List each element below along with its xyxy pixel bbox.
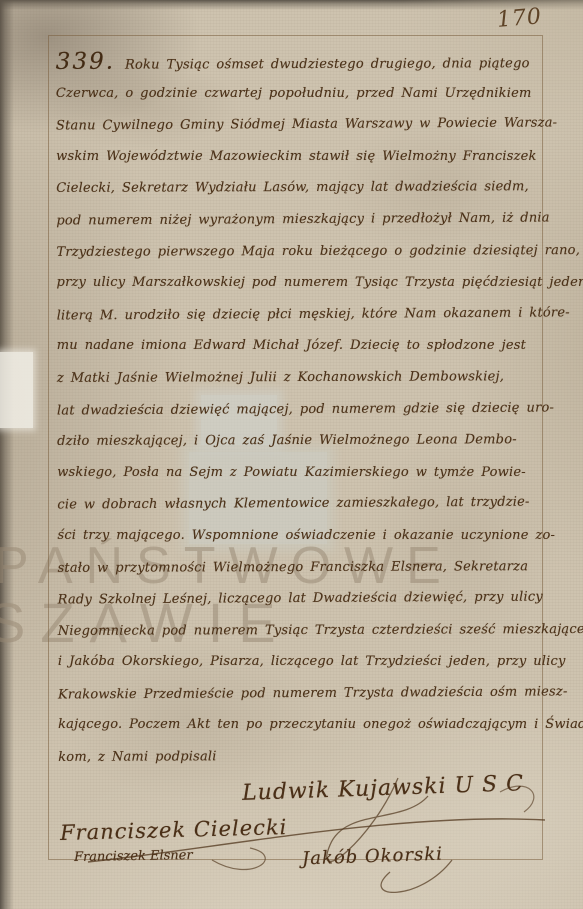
- witness1-signature: Franciszek Elsner: [74, 848, 193, 865]
- manuscript-line: Rady Szkolnej Leśnej, liczącego lat Dwad…: [58, 582, 542, 617]
- manuscript-line: stało w przytomności Wielmożnego Francis…: [57, 551, 541, 584]
- manuscript-line: wskim Województwie Mazowieckim stawił si…: [56, 141, 540, 173]
- scan-glare-patch: [0, 352, 33, 428]
- manuscript-line: cie w dobrach własnych Klementowice zami…: [57, 487, 541, 522]
- manuscript-line: i Jakóba Okorskiego, Pisarza, liczącego …: [58, 646, 542, 678]
- manuscript-line: mu nadane imiona Edward Michał Józef. Dz…: [57, 330, 541, 362]
- manuscript-line: ści trzy mającego. Wspomnione oświadczen…: [57, 520, 541, 552]
- manuscript-line: literą M. urodziło się dziecię płci męsk…: [57, 297, 541, 332]
- manuscript-line: Stanu Cywilnego Gminy Siódmej Miasta War…: [56, 108, 540, 143]
- manuscript-text-block: 339.Roku Tysiąc ośmset dwudziestego drug…: [56, 45, 543, 773]
- manuscript-line: kom, z Nami podpisali: [58, 740, 542, 773]
- manuscript-line: Cielecki, Sekretarz Wydziału Lasów, mają…: [56, 172, 540, 205]
- manuscript-line: Niegomniecka pod numerem Tysiąc Trzysta …: [58, 614, 542, 647]
- witness2-signature: Jakób Okorski: [302, 844, 444, 870]
- manuscript-line: kającego. Poczem Akt ten po przeczytaniu…: [58, 709, 542, 741]
- registrar-signature: Ludwik Kujawski U S C: [242, 771, 525, 806]
- manuscript-line: wskiego, Posła na Sejm z Powiatu Kazimie…: [57, 457, 541, 489]
- manuscript-line: Czerwca, o godzinie czwartej popołudniu,…: [56, 78, 540, 110]
- manuscript-line: dziło mieszkającej, i Ojca zaś Jaśnie Wi…: [57, 424, 541, 457]
- manuscript-line: 339.Roku Tysiąc ośmset dwudziestego drug…: [56, 45, 540, 78]
- page-number: 170: [496, 4, 543, 33]
- manuscript-line: przy ulicy Marszałkowskiej pod numerem T…: [57, 267, 541, 299]
- manuscript-line: Krakowskie Przedmieście pod numerem Trzy…: [58, 676, 542, 711]
- manuscript-line: pod numerem niżej wyrażonym mieszkający …: [56, 202, 540, 237]
- record-number: 339.: [56, 49, 115, 75]
- manuscript-line: z Matki Jaśnie Wielmożnej Julii z Kochan…: [57, 361, 541, 394]
- manuscript-line: Trzydziestego pierwszego Maja roku bieżą…: [56, 235, 540, 268]
- manuscript-line: lat dwadzieścia dziewięć mającej, pod nu…: [57, 392, 541, 427]
- manuscript-line-text: Roku Tysiąc ośmset dwudziestego drugiego…: [125, 56, 530, 72]
- declarant-signature: Franciszek Cielecki: [60, 815, 288, 845]
- manuscript-page: PAŃSTWOWE SZAWIE 170 339.Roku Tysiąc ośm…: [0, 0, 583, 909]
